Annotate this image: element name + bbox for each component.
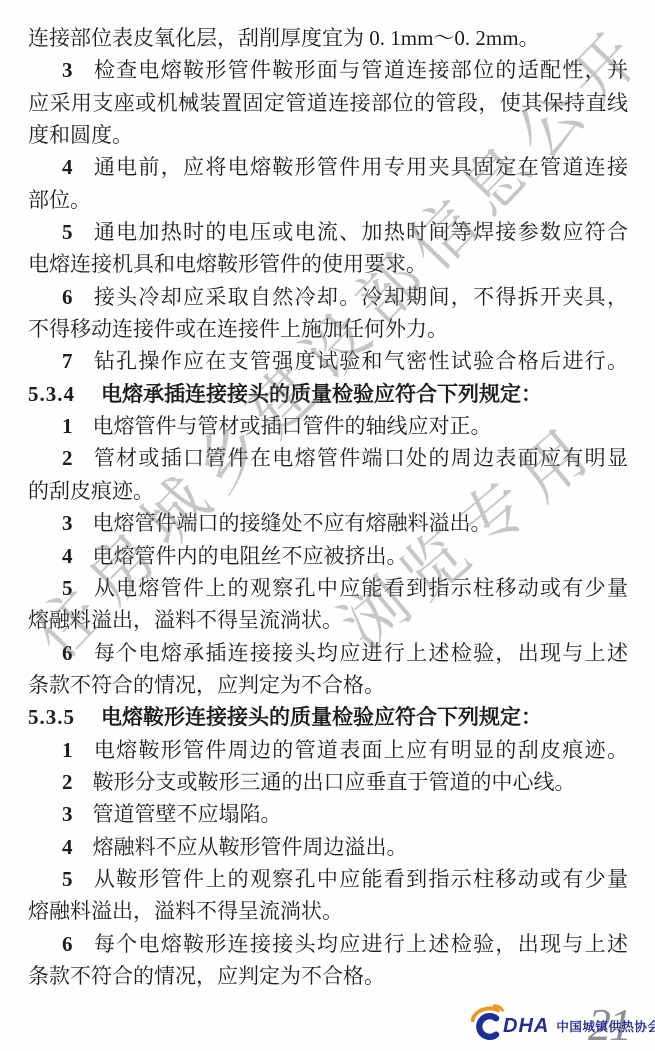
text-line: 5从电熔管件上的观察孔中应能看到指示柱移动或有少量 — [28, 572, 628, 604]
item-number: 4 — [62, 544, 74, 568]
text-line: 7钻孔操作应在支管强度试验和气密性试验合格后进行。 — [28, 345, 628, 377]
item-number: 3 — [62, 58, 74, 82]
text-line: 5通电加热时的电压或电流、加热时间等焊接参数应符合 — [28, 216, 628, 248]
line-text: 通电前，应将电熔鞍形管件用专用夹具固定在管道连接 — [93, 155, 629, 179]
line-text: 检查电熔鞍形管件鞍形面与管道连接部位的适配性，并 — [93, 58, 629, 82]
text-line: 不得移动连接件或在连接件上施加任何外力。 — [28, 313, 628, 345]
line-text: 电熔管件端口的接缝处不应有熔融料溢出。 — [93, 511, 492, 535]
text-line: 应采用支座或机械装置固定管道连接部位的管段，使其保持直线 — [28, 87, 628, 119]
scanned-document-page: 住房城乡建设部信息公开 浏览专用 连接部位表皮氧化层，刮削厚度宜为 0. 1mm… — [0, 0, 655, 1051]
text-line: 3电熔管件端口的接缝处不应有熔融料溢出。 — [28, 507, 628, 539]
line-text: 通电加热时的电压或电流、加热时间等焊接参数应符合 — [93, 220, 629, 244]
line-text: 每个电熔承插连接接头均应进行上述检验，出现与上述 — [93, 641, 629, 665]
cdha-logo-text: DHA — [503, 1015, 549, 1038]
line-text: 从鞍形管件上的观察孔中应能看到指示柱移动或有少量 — [93, 867, 629, 891]
item-number: 2 — [62, 446, 74, 470]
text-line: 3检查电熔鞍形管件鞍形面与管道连接部位的适配性，并 — [28, 54, 628, 86]
item-number: 5 — [62, 867, 74, 891]
text-line: 的刮皮痕迹。 — [28, 475, 628, 507]
item-number: 1 — [62, 414, 74, 438]
line-text: 条款不符合的情况，应判定为不合格。 — [28, 964, 385, 988]
text-line: 6接头冷却应采取自然冷却。冷却期间，不得拆开夹具， — [28, 281, 628, 313]
text-line: 1电熔管件与管材或插口管件的轴线应对正。 — [28, 410, 628, 442]
text-line: 1电熔鞍形管件周边的管道表面上应有明显的刮皮痕迹。 — [28, 734, 628, 766]
line-text: 鞍形分支或鞍形三通的出口应垂直于管道的中心线。 — [93, 770, 576, 794]
text-line: 条款不符合的情况，应判定为不合格。 — [28, 669, 628, 701]
item-number: 5 — [62, 576, 74, 600]
item-number: 3 — [62, 802, 74, 826]
section-number: 5.3.4 — [28, 382, 75, 406]
text-line: 3管道管壁不应塌陷。 — [28, 798, 628, 830]
text-line: 5从鞍形管件上的观察孔中应能看到指示柱移动或有少量 — [28, 863, 628, 895]
text-line: 部位。 — [28, 184, 628, 216]
line-text: 管材或插口管件在电熔管件端口处的周边表面应有明显 — [93, 446, 629, 470]
line-text: 每个电熔鞍形连接接头均应进行上述检验，出现与上述 — [93, 932, 629, 956]
line-text: 部位。 — [28, 188, 91, 212]
line-text: 电熔鞍形管件周边的管道表面上应有明显的刮皮痕迹。 — [93, 738, 629, 762]
line-text: 电熔管件与管材或插口管件的轴线应对正。 — [93, 414, 492, 438]
line-text: 度和圆度。 — [28, 123, 133, 147]
line-text: 的刮皮痕迹。 — [28, 479, 154, 503]
text-line: 熔融料溢出，溢料不得呈流淌状。 — [28, 604, 628, 636]
item-number: 4 — [62, 835, 74, 859]
item-number: 6 — [62, 932, 74, 956]
item-number: 1 — [62, 738, 74, 762]
item-number: 7 — [62, 349, 74, 373]
text-line: 4电熔管件内的电阻丝不应被挤出。 — [28, 540, 628, 572]
item-number: 2 — [62, 770, 74, 794]
text-line: 电熔连接机具和电熔鞍形管件的使用要求。 — [28, 248, 628, 280]
line-text: 从电熔管件上的观察孔中应能看到指示柱移动或有少量 — [93, 576, 629, 600]
line-text: 钻孔操作应在支管强度试验和气密性试验合格后进行。 — [93, 349, 629, 373]
text-line: 熔融料溢出，溢料不得呈流淌状。 — [28, 895, 628, 927]
association-name-text: 中国城镇供热协会 — [556, 1017, 655, 1035]
cdha-logo-mark-icon — [470, 1001, 506, 1043]
item-number: 4 — [62, 155, 74, 179]
line-text: 熔融料溢出，溢料不得呈流淌状。 — [28, 608, 343, 632]
cdha-logo: DHA 中国城镇供热协会 — [470, 1000, 655, 1044]
line-text: 条款不符合的情况，应判定为不合格。 — [28, 673, 385, 697]
text-line: 2鞍形分支或鞍形三通的出口应垂直于管道的中心线。 — [28, 766, 628, 798]
item-number: 6 — [62, 285, 74, 309]
line-text: 接头冷却应采取自然冷却。冷却期间，不得拆开夹具， — [93, 285, 629, 309]
item-number: 5 — [62, 220, 74, 244]
item-number: 6 — [62, 641, 74, 665]
line-text: 电熔管件内的电阻丝不应被挤出。 — [93, 544, 408, 568]
text-line: 度和圆度。 — [28, 119, 628, 151]
line-text: 电熔连接机具和电熔鞍形管件的使用要求。 — [28, 252, 427, 276]
section-heading-line: 5.3.4电熔承插连接接头的质量检验应符合下列规定： — [28, 378, 628, 410]
text-line: 6每个电熔承插连接接头均应进行上述检验，出现与上述 — [28, 637, 628, 669]
text-line: 4通电前，应将电熔鞍形管件用专用夹具固定在管道连接 — [28, 151, 628, 183]
line-text: 应采用支座或机械装置固定管道连接部位的管段，使其保持直线 — [28, 91, 628, 115]
line-text: 熔融料不应从鞍形管件周边溢出。 — [93, 835, 408, 859]
item-number: 3 — [62, 511, 74, 535]
text-line: 4熔融料不应从鞍形管件周边溢出。 — [28, 831, 628, 863]
line-text: 连接部位表皮氧化层，刮削厚度宜为 0. 1mm～0. 2mm。 — [28, 26, 540, 50]
section-heading-line: 5.3.5电熔鞍形连接接头的质量检验应符合下列规定： — [28, 701, 628, 733]
text-line: 6每个电熔鞍形连接接头均应进行上述检验，出现与上述 — [28, 928, 628, 960]
line-text: 不得移动连接件或在连接件上施加任何外力。 — [28, 317, 448, 341]
line-text: 熔融料溢出，溢料不得呈流淌状。 — [28, 899, 343, 923]
line-text: 电熔鞍形连接接头的质量检验应符合下列规定： — [101, 705, 542, 729]
section-number: 5.3.5 — [28, 705, 75, 729]
text-line: 连接部位表皮氧化层，刮削厚度宜为 0. 1mm～0. 2mm。 — [28, 22, 628, 54]
text-line: 2管材或插口管件在电熔管件端口处的周边表面应有明显 — [28, 442, 628, 474]
line-text: 电熔承插连接接头的质量检验应符合下列规定： — [101, 382, 542, 406]
document-text-block: 连接部位表皮氧化层，刮削厚度宜为 0. 1mm～0. 2mm。3检查电熔鞍形管件… — [28, 22, 628, 992]
line-text: 管道管壁不应塌陷。 — [93, 802, 282, 826]
text-line: 条款不符合的情况，应判定为不合格。 — [28, 960, 628, 992]
